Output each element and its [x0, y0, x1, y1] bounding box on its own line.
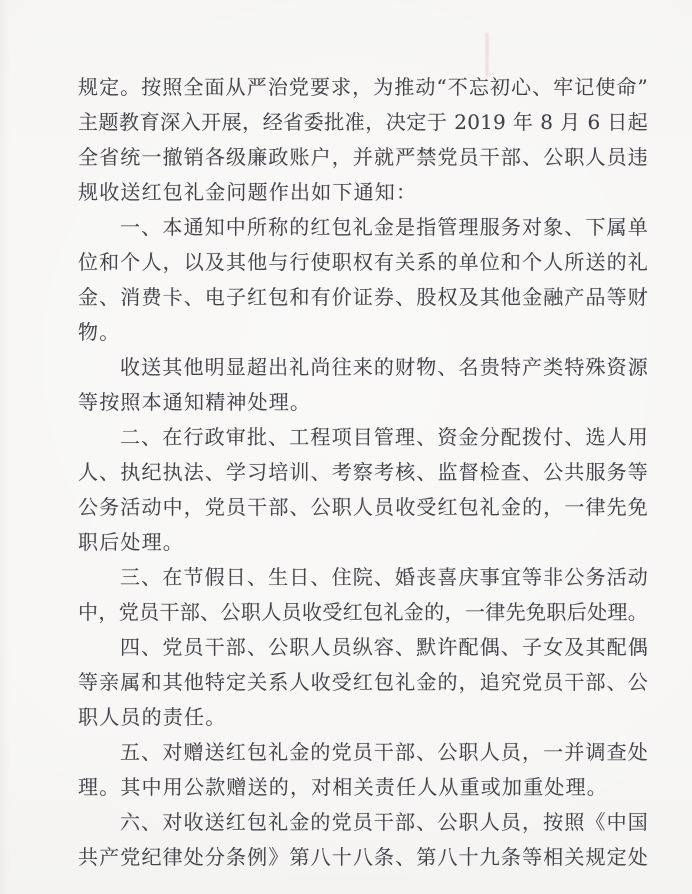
text-line: 公务活动中，党员干部、公职人员收受红包礼金的，一律先免 — [78, 490, 648, 525]
text-line: 五、对赠送红包礼金的党员干部、公职人员，一并调查处 — [78, 735, 648, 770]
text-line: 全省统一撤销各级廉政账户，并就严禁党员干部、公职人员违 — [78, 140, 648, 175]
text-line: 物。 — [78, 315, 648, 350]
text-line: 位和个人，以及其他与行使职权有关系的单位和个人所送的礼 — [78, 245, 648, 280]
text-line: 三、在节假日、生日、住院、婚丧喜庆事宜等非公务活动 — [78, 560, 648, 595]
text-line: 一、本通知中所称的红包礼金是指管理服务对象、下属单 — [78, 210, 648, 245]
text-line: 职人员的责任。 — [78, 700, 648, 735]
text-line: 等亲属和其他特定关系人收受红包礼金的，追究党员干部、公 — [78, 665, 648, 700]
text-line: 四、党员干部、公职人员纵容、默许配偶、子女及其配偶 — [78, 630, 648, 665]
text-line: 二、在行政审批、工程项目管理、资金分配拨付、选人用 — [78, 420, 648, 455]
text-line: 人、执纪执法、学习培训、考察考核、监督检查、公共服务等 — [78, 455, 648, 490]
text-line: 六、对收送红包礼金的党员干部、公职人员，按照《中国 — [78, 805, 648, 840]
scanned-document-page: 规定。按照全面从严治党要求，为推动“不忘初心、牢记使命” 主题教育深入开展，经省… — [0, 0, 692, 894]
text-line: 等按照本通知精神处理。 — [78, 385, 648, 420]
text-line: 规收送红包礼金问题作出如下通知： — [78, 175, 648, 210]
text-line: 金、消费卡、电子红包和有价证券、股权及其他金融产品等财 — [78, 280, 648, 315]
text-line: 理。其中用公款赠送的，对相关责任人从重或加重处理。 — [78, 770, 648, 805]
text-line: 收送其他明显超出礼尚往来的财物、名贵特产类特殊资源 — [78, 350, 648, 385]
text-line: 职后处理。 — [78, 525, 648, 560]
document-text-block: 规定。按照全面从严治党要求，为推动“不忘初心、牢记使命” 主题教育深入开展，经省… — [78, 70, 648, 875]
text-line: 规定。按照全面从严治党要求，为推动“不忘初心、牢记使命” — [78, 70, 648, 105]
text-line: 共产党纪律处分条例》第八十八条、第八十九条等相关规定处 — [78, 840, 648, 875]
text-line: 中，党员干部、公职人员收受红包礼金的，一律先免职后处理。 — [78, 595, 648, 630]
text-line: 主题教育深入开展，经省委批准，决定于 2019 年 8 月 6 日起 — [78, 105, 648, 140]
